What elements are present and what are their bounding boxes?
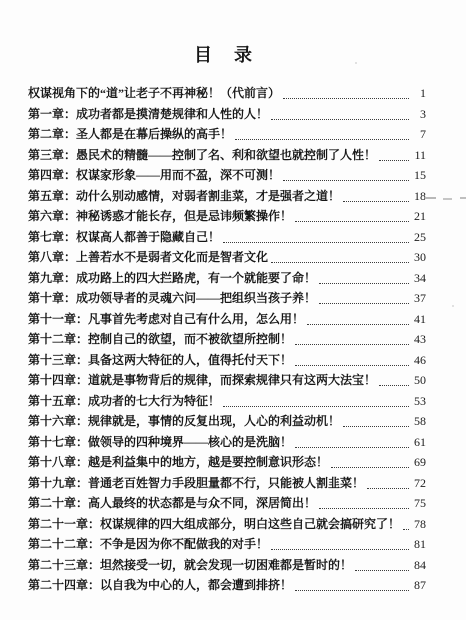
toc-entry-label: 第十七章：做领导的四种境界——核心的是洗脑！ bbox=[28, 432, 292, 453]
toc-entry-page: 1 bbox=[412, 83, 426, 104]
dot-leader bbox=[319, 268, 409, 284]
toc-entry-label: 第三章：愚民术的精髓——控制了名、利和欲望也就控制了人性！ bbox=[28, 145, 376, 166]
dot-leader bbox=[343, 411, 409, 427]
toc-entry: 第四章：权谋家形象——用而不盈，深不可测！ 15 bbox=[28, 165, 426, 186]
toc-entry-page: 11 bbox=[412, 145, 426, 166]
toc-entry-page: 72 bbox=[412, 473, 426, 494]
dot-leader bbox=[403, 514, 409, 530]
page-title: 目 录 bbox=[0, 41, 448, 67]
toc-entry-label: 第九章：成功路上的四大拦路虎，有一个就能要了命！ bbox=[28, 268, 316, 289]
dot-leader bbox=[271, 534, 409, 550]
toc-entry: 第六章：神秘诱惑才能长存，但是忌讳频繁操作！ 21 bbox=[28, 206, 426, 227]
toc-entry-label: 第十二章：控制自己的欲望，而不被欲望所控制！ bbox=[28, 329, 292, 350]
dot-leader bbox=[355, 555, 409, 571]
toc-entry-label: 第二十四章：以自我为中心的人，都会遭到排挤！ bbox=[28, 575, 292, 596]
toc-entry-page: 18 bbox=[412, 186, 426, 207]
scan-artifact bbox=[443, 198, 452, 200]
dot-leader bbox=[307, 309, 409, 325]
dot-leader bbox=[379, 145, 409, 161]
scan-speck bbox=[452, 305, 454, 307]
toc-entry: 第十三章：具备这两大特征的人，值得托付天下！ 46 bbox=[28, 350, 426, 371]
dot-leader bbox=[367, 473, 409, 489]
toc-entry-label: 第十三章：具备这两大特征的人，值得托付天下！ bbox=[28, 350, 292, 371]
toc-entry-label: 第十一章：凡事首先考虑对自己有什么用，怎么用！ bbox=[28, 309, 304, 330]
toc-list: 权谋视角下的“道”让老子不再神秘！（代前言） 1 第一章：成功者都是摸清楚规律和… bbox=[28, 83, 426, 596]
toc-entry: 第三章：愚民术的精髓——控制了名、利和欲望也就控制了人性！ 11 bbox=[28, 145, 426, 166]
toc-entry: 第十九章：普通老百姓智力手段胆量都不行，只能被人割韭菜！ 72 bbox=[28, 473, 426, 494]
toc-entry-page: 30 bbox=[412, 247, 426, 268]
toc-entry-label: 第四章：权谋家形象——用而不盈，深不可测！ bbox=[28, 165, 280, 186]
scan-artifact bbox=[425, 197, 436, 199]
scan-artifact bbox=[460, 197, 466, 199]
scanned-toc-page: 目 录 权谋视角下的“道”让老子不再神秘！（代前言） 1 第一章：成功者都是摸清… bbox=[0, 0, 466, 620]
toc-entry-label: 第二十章：高人最终的状态都是与众不同，深居简出！ bbox=[28, 493, 316, 514]
toc-entry: 第十一章：凡事首先考虑对自己有什么用，怎么用！ 41 bbox=[28, 309, 426, 330]
toc-entry-page: 37 bbox=[412, 288, 426, 309]
toc-entry: 第二十四章：以自我为中心的人，都会遭到排挤！ 87 bbox=[28, 575, 426, 596]
dot-leader bbox=[223, 391, 409, 407]
dot-leader bbox=[295, 350, 409, 366]
toc-entry-label: 第十九章：普通老百姓智力手段胆量都不行，只能被人割韭菜！ bbox=[28, 473, 364, 494]
toc-entry-page: 41 bbox=[412, 309, 426, 330]
toc-entry-label: 第二十一章：权谋规律的四大组成部分，明白这些自己就会搞研究了！ bbox=[28, 514, 400, 535]
toc-entry-page: 15 bbox=[412, 165, 426, 186]
toc-entry-label: 第六章：神秘诱惑才能长存，但是忌讳频繁操作！ bbox=[28, 206, 292, 227]
toc-entry-page: 53 bbox=[412, 391, 426, 412]
toc-entry-label: 第十五章：成功者的七大行为特征！ bbox=[28, 391, 220, 412]
toc-entry: 第八章：上善若水不是弱者文化而是智者文化 30 bbox=[28, 247, 426, 268]
toc-entry-page: 75 bbox=[412, 493, 426, 514]
toc-entry: 权谋视角下的“道”让老子不再神秘！（代前言） 1 bbox=[28, 83, 426, 104]
toc-entry: 第七章：权谋高人都善于隐藏自己！ 25 bbox=[28, 227, 426, 248]
toc-entry: 第二十一章：权谋规律的四大组成部分，明白这些自己就会搞研究了！ 78 bbox=[28, 514, 426, 535]
toc-entry: 第十七章：做领导的四种境界——核心的是洗脑！ 61 bbox=[28, 432, 426, 453]
dot-leader bbox=[271, 104, 409, 120]
dot-leader bbox=[295, 329, 409, 345]
toc-entry-page: 21 bbox=[412, 206, 426, 227]
toc-entry: 第十四章：道就是事物背后的规律，而探索规律只有这两大法宝！ 50 bbox=[28, 370, 426, 391]
dot-leader bbox=[283, 165, 409, 181]
toc-entry-page: 34 bbox=[412, 268, 426, 289]
dot-leader bbox=[271, 247, 409, 263]
toc-entry-label: 第一章：成功者都是摸清楚规律和人性的人！ bbox=[28, 104, 268, 125]
toc-entry-label: 第十章：成功领导者的灵魂六问——把组织当孩子养！ bbox=[28, 288, 316, 309]
toc-entry-label: 第七章：权谋高人都善于隐藏自己！ bbox=[28, 227, 220, 248]
toc-entry: 第十章：成功领导者的灵魂六问——把组织当孩子养！ 37 bbox=[28, 288, 426, 309]
toc-entry-page: 46 bbox=[412, 350, 426, 371]
toc-entry-label: 第十六章：规律就是，事情的反复出现，人心的利益动机！ bbox=[28, 411, 340, 432]
dot-leader bbox=[223, 227, 409, 243]
toc-entry-label: 权谋视角下的“道”让老子不再神秘！（代前言） bbox=[28, 83, 280, 104]
dot-leader bbox=[295, 432, 409, 448]
toc-entry-label: 第五章：动什么别动感情，对弱者割韭菜，才是强者之道！ bbox=[28, 186, 340, 207]
dot-leader bbox=[319, 493, 409, 509]
toc-entry-label: 第八章：上善若水不是弱者文化而是智者文化 bbox=[28, 247, 268, 268]
toc-entry: 第十五章：成功者的七大行为特征！ 53 bbox=[28, 391, 426, 412]
toc-entry: 第十二章：控制自己的欲望，而不被欲望所控制！ 43 bbox=[28, 329, 426, 350]
toc-entry: 第二十二章：不争是因为你不配做我的对手！ 81 bbox=[28, 534, 426, 555]
toc-entry-page: 58 bbox=[412, 411, 426, 432]
toc-entry-page: 3 bbox=[412, 104, 426, 125]
toc-entry: 第二十三章：坦然接受一切，就会发现一切困难都是暂时的！ 84 bbox=[28, 555, 426, 576]
toc-entry: 第二章：圣人都是在幕后操纵的高手！ 7 bbox=[28, 124, 426, 145]
toc-entry: 第五章：动什么别动感情，对弱者割韭菜，才是强者之道！ 18 bbox=[28, 186, 426, 207]
toc-entry-page: 50 bbox=[412, 370, 426, 391]
toc-entry-page: 43 bbox=[412, 329, 426, 350]
toc-entry: 第十六章：规律就是，事情的反复出现，人心的利益动机！ 58 bbox=[28, 411, 426, 432]
toc-entry-page: 84 bbox=[412, 555, 426, 576]
dot-leader bbox=[283, 83, 409, 99]
toc-entry-label: 第十八章：越是利益集中的地方，越是要控制意识形态！ bbox=[28, 452, 328, 473]
scan-speck bbox=[200, 548, 202, 550]
scan-speck bbox=[355, 62, 357, 64]
dot-leader bbox=[343, 186, 409, 202]
toc-entry-page: 69 bbox=[412, 452, 426, 473]
dot-leader bbox=[235, 124, 409, 140]
toc-entry-page: 81 bbox=[412, 534, 426, 555]
toc-entry: 第十八章：越是利益集中的地方，越是要控制意识形态！ 69 bbox=[28, 452, 426, 473]
toc-entry-page: 78 bbox=[412, 514, 426, 535]
toc-entry-label: 第二十三章：坦然接受一切，就会发现一切困难都是暂时的！ bbox=[28, 555, 352, 576]
toc-entry-label: 第二章：圣人都是在幕后操纵的高手！ bbox=[28, 124, 232, 145]
toc-entry-label: 第二十二章：不争是因为你不配做我的对手！ bbox=[28, 534, 268, 555]
dot-leader bbox=[295, 206, 409, 222]
toc-entry-page: 87 bbox=[412, 575, 426, 596]
dot-leader bbox=[319, 288, 409, 304]
dot-leader bbox=[331, 452, 409, 468]
dot-leader bbox=[379, 370, 409, 386]
toc-entry-label: 第十四章：道就是事物背后的规律，而探索规律只有这两大法宝！ bbox=[28, 370, 376, 391]
toc-entry-page: 25 bbox=[412, 227, 426, 248]
toc-entry: 第一章：成功者都是摸清楚规律和人性的人！ 3 bbox=[28, 104, 426, 125]
toc-entry-page: 7 bbox=[412, 124, 426, 145]
toc-entry: 第二十章：高人最终的状态都是与众不同，深居简出！ 75 bbox=[28, 493, 426, 514]
dot-leader bbox=[295, 575, 409, 591]
toc-entry: 第九章：成功路上的四大拦路虎，有一个就能要了命！ 34 bbox=[28, 268, 426, 289]
toc-entry-page: 61 bbox=[412, 432, 426, 453]
